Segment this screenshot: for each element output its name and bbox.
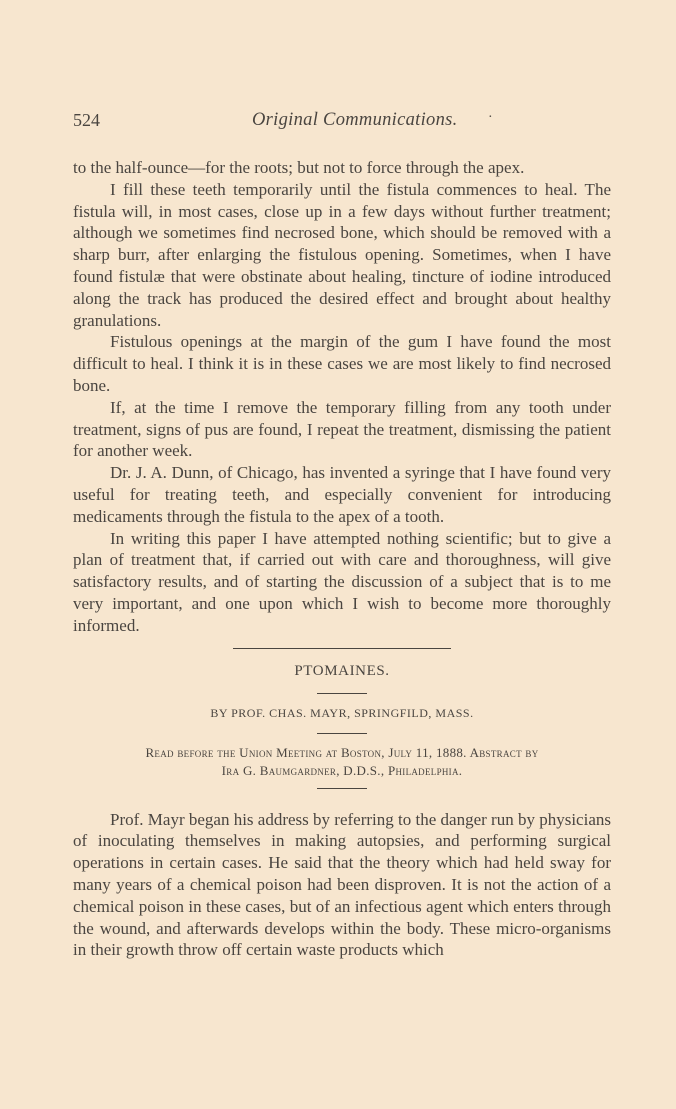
title-rule	[317, 693, 367, 694]
article-continuation: to the half-ounce—for the roots; but not…	[73, 157, 611, 637]
paragraph: Prof. Mayr began his address by referrin…	[73, 809, 611, 962]
paragraph: I fill these teeth temporarily until the…	[73, 179, 611, 332]
section-divider	[233, 648, 451, 649]
page-number: 524	[73, 110, 100, 131]
paragraph: Dr. J. A. Dunn, of Chicago, has invented…	[73, 462, 611, 527]
note-rule	[317, 788, 367, 789]
book-page: 524 Original Communications. · to the ha…	[73, 106, 611, 961]
abstract-note-line: Ira G. Baumgardner, D.D.S., Philadelphia…	[73, 762, 611, 780]
running-header: 524 Original Communications. ·	[73, 106, 611, 140]
author-byline: BY PROF. CHAS. MAYR, SPRINGFILD, MASS.	[73, 706, 611, 721]
paragraph: In writing this paper I have attempted n…	[73, 528, 611, 637]
section-title: PTOMAINES.	[73, 663, 611, 680]
section-heading-block: PTOMAINES. BY PROF. CHAS. MAYR, SPRINGFI…	[73, 663, 611, 789]
paragraph: Fistulous openings at the margin of the …	[73, 331, 611, 396]
paragraph: to the half-ounce—for the roots; but not…	[73, 157, 611, 179]
abstract-note: Read before the Union Meeting at Boston,…	[73, 744, 611, 780]
running-title: Original Communications.	[252, 110, 458, 131]
paragraph: If, at the time I remove the temporary f…	[73, 397, 611, 462]
byline-rule	[317, 733, 367, 734]
abstract-note-line: Read before the Union Meeting at Boston,…	[73, 744, 611, 762]
article-body: Prof. Mayr began his address by referrin…	[73, 809, 611, 962]
margin-mark: ·	[488, 110, 493, 126]
